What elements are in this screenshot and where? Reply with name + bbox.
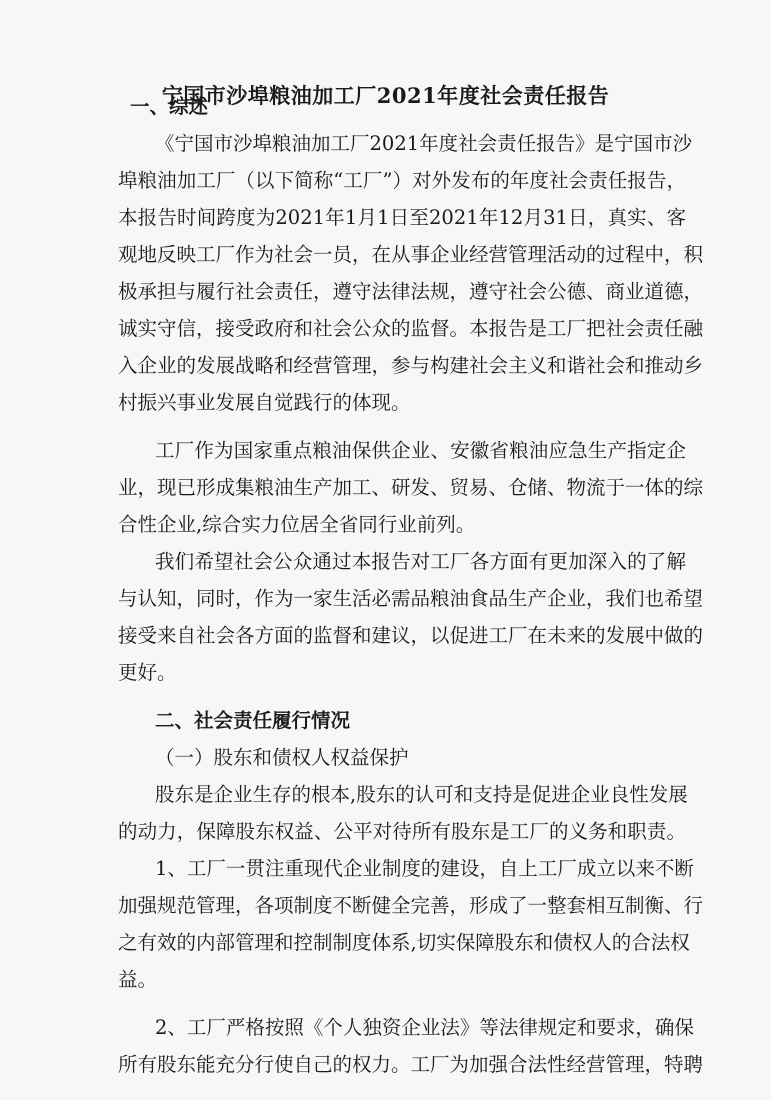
paragraph-line: 1、工厂一贯注重现代企业制度的建设，自上工厂成立以来不断 [155,855,686,883]
paragraph-line: 益。 [118,966,678,994]
paragraph-line: 村振兴事业发展自觉践行的体现。 [118,389,678,417]
paragraph-line: 《宁国市沙埠粮油加工厂2021年度社会责任报告》是宁国市沙 [155,130,686,158]
paragraph-line: 业，现已形成集粮油生产加工、研发、贸易、仓储、物流于一体的综 [118,474,686,502]
paragraph-line: 股东是企业生存的根本,股东的认可和支持是促进企业良性发展 [155,781,686,809]
paragraph-line: 合性企业,综合实力位居全省同行业前列。 [118,511,678,539]
paragraph-line: 工厂作为国家重点粮油保供企业、安徽省粮油应急生产指定企 [155,437,686,465]
section-heading: 二、社会责任履行情况 [155,707,715,735]
paragraph-line: 的动力，保障股东权益、公平对待所有股东是工厂的义务和职责。 [118,818,686,846]
paragraph-line: 极承担与履行社会责任，遵守法律法规，遵守社会公德、商业道德， [118,278,686,306]
paragraph-line: 接受来自社会各方面的监督和建议，以促进工厂在未来的发展中做的 [118,622,686,650]
subsection-heading: （一）股东和债权人权益保护 [155,744,715,772]
paragraph-line: 我们希望社会公众通过本报告对工厂各方面有更加深入的了解 [155,548,686,576]
document-page: 宁国市沙埠粮油加工厂2021年度社会责任报告 一、综述《宁国市沙埠粮油加工厂20… [0,0,771,1100]
paragraph-line: 与认知，同时，作为一家生活必需品粮油食品生产企业，我们也希望 [118,585,686,613]
paragraph-line: 诚实守信，接受政府和社会公众的监督。本报告是工厂把社会责任融 [118,315,686,343]
paragraph-line: 更好。 [118,659,678,687]
section-heading: 一、综述 [130,93,690,121]
paragraph-line: 本报告时间跨度为2021年1月1日至2021年12月31日，真实、客 [118,204,686,232]
paragraph-line: 加强规范管理，各项制度不断健全完善，形成了一整套相互制衡、行 [118,892,686,920]
paragraph-line: 入企业的发展战略和经营管理，参与构建社会主义和谐社会和推动乡 [118,352,686,380]
paragraph-line: 埠粮油加工厂（以下简称“工厂”）对外发布的年度社会责任报告， [118,167,686,195]
paragraph-line: 观地反映工厂作为社会一员，在从事企业经营管理活动的过程中，积 [118,241,686,269]
paragraph-line: 2、工厂严格按照《个人独资企业法》等法律规定和要求，确保 [155,1014,686,1042]
paragraph-line: 所有股东能充分行使自己的权力。工厂为加强合法性经营管理，特聘 [118,1051,686,1079]
paragraph-line: 之有效的内部管理和控制制度体系,切实保障股东和债权人的合法权 [118,929,686,957]
